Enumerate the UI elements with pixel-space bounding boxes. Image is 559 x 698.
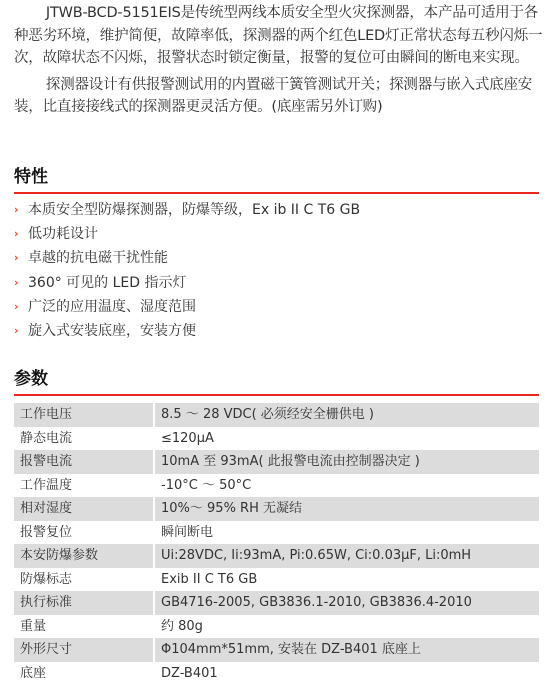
param-key: 静态电流	[14, 427, 155, 451]
params-table: 工作电压8.5 ～ 28 VDC( 必须经安全栅供电 ) 静态电流≤120μA …	[14, 403, 539, 685]
intro-text: JTWB-BCD-5151EIS是传统型两线本质安全型火灾探测器，本产品可适用于…	[14, 2, 544, 123]
table-row: 工作温度-10°C ～ 50°C	[14, 474, 539, 498]
table-row: 防爆标志Exib II C T6 GB	[14, 568, 539, 592]
feature-text: 卓越的抗电磁干扰性能	[28, 250, 168, 266]
chevron-right-icon: ›	[14, 246, 28, 270]
table-row: 相对湿度10%～ 95% RH 无凝结	[14, 497, 539, 521]
param-value: GB4716-2005, GB3836.1-2010, GB3836.4-201…	[155, 591, 539, 615]
table-row: 本安防爆参数Ui:28VDC, Ii:93mA, Pi:0.65W, Ci:0.…	[14, 544, 539, 568]
param-value: DZ-B401	[155, 662, 539, 686]
chevron-right-icon: ›	[14, 295, 28, 319]
param-key: 工作温度	[14, 474, 155, 498]
feature-item: ›广泛的应用温度、湿度范围	[14, 295, 360, 319]
feature-item: ›本质安全型防爆探测器，防爆等级，Ex ib II C T6 GB	[14, 198, 360, 222]
param-value: 瞬间断电	[155, 521, 539, 545]
feature-item: ›360° 可见的 LED 指示灯	[14, 271, 360, 295]
feature-text: 360° 可见的 LED 指示灯	[28, 275, 187, 291]
param-key: 相对湿度	[14, 497, 155, 521]
features-heading: 特性	[14, 166, 539, 194]
param-value: Exib II C T6 GB	[155, 568, 539, 592]
feature-item: ›旋入式安装底座，安装方便	[14, 319, 360, 343]
param-value: ≤120μA	[155, 427, 539, 451]
param-value: 10%～ 95% RH 无凝结	[155, 497, 539, 521]
table-row: 工作电压8.5 ～ 28 VDC( 必须经安全栅供电 )	[14, 403, 539, 427]
table-row: 报警电流10mA 至 93mA( 此报警电流由控制器决定 )	[14, 450, 539, 474]
param-value: 10mA 至 93mA( 此报警电流由控制器决定 )	[155, 450, 539, 474]
table-row: 报警复位瞬间断电	[14, 521, 539, 545]
param-value: 8.5 ～ 28 VDC( 必须经安全栅供电 )	[155, 403, 539, 427]
params-heading: 参数	[14, 368, 539, 396]
param-key: 重量	[14, 615, 155, 639]
param-value: -10°C ～ 50°C	[155, 474, 539, 498]
param-value: 约 80g	[155, 615, 539, 639]
param-key: 本安防爆参数	[14, 544, 155, 568]
chevron-right-icon: ›	[14, 222, 28, 246]
param-key: 底座	[14, 662, 155, 686]
chevron-right-icon: ›	[14, 319, 28, 343]
table-row: 外形尺寸Φ104mm*51mm, 安装在 DZ-B401 底座上	[14, 638, 539, 662]
chevron-right-icon: ›	[14, 198, 28, 222]
table-row: 底座DZ-B401	[14, 662, 539, 686]
chevron-right-icon: ›	[14, 271, 28, 295]
table-row: 执行标准GB4716-2005, GB3836.1-2010, GB3836.4…	[14, 591, 539, 615]
param-key: 报警复位	[14, 521, 155, 545]
feature-text: 旋入式安装底座，安装方便	[28, 323, 196, 339]
feature-text: 低功耗设计	[28, 226, 98, 242]
param-key: 防爆标志	[14, 568, 155, 592]
feature-text: 本质安全型防爆探测器，防爆等级，Ex ib II C T6 GB	[28, 202, 360, 218]
table-row: 静态电流≤120μA	[14, 427, 539, 451]
feature-item: ›卓越的抗电磁干扰性能	[14, 246, 360, 270]
param-value: Φ104mm*51mm, 安装在 DZ-B401 底座上	[155, 638, 539, 662]
intro-paragraph-2: 探测器设计有供报警测试用的内置磁干簧管测试开关；探测器与嵌入式底座安装，比直接接…	[14, 74, 544, 119]
intro-paragraph-1: JTWB-BCD-5151EIS是传统型两线本质安全型火灾探测器，本产品可适用于…	[14, 2, 544, 70]
param-key: 执行标准	[14, 591, 155, 615]
features-list: ›本质安全型防爆探测器，防爆等级，Ex ib II C T6 GB ›低功耗设计…	[14, 198, 360, 343]
param-value: Ui:28VDC, Ii:93mA, Pi:0.65W, Ci:0.03μF, …	[155, 544, 539, 568]
param-key: 报警电流	[14, 450, 155, 474]
feature-item: ›低功耗设计	[14, 222, 360, 246]
table-row: 重量约 80g	[14, 615, 539, 639]
param-key: 工作电压	[14, 403, 155, 427]
feature-text: 广泛的应用温度、湿度范围	[28, 299, 196, 315]
param-key: 外形尺寸	[14, 638, 155, 662]
